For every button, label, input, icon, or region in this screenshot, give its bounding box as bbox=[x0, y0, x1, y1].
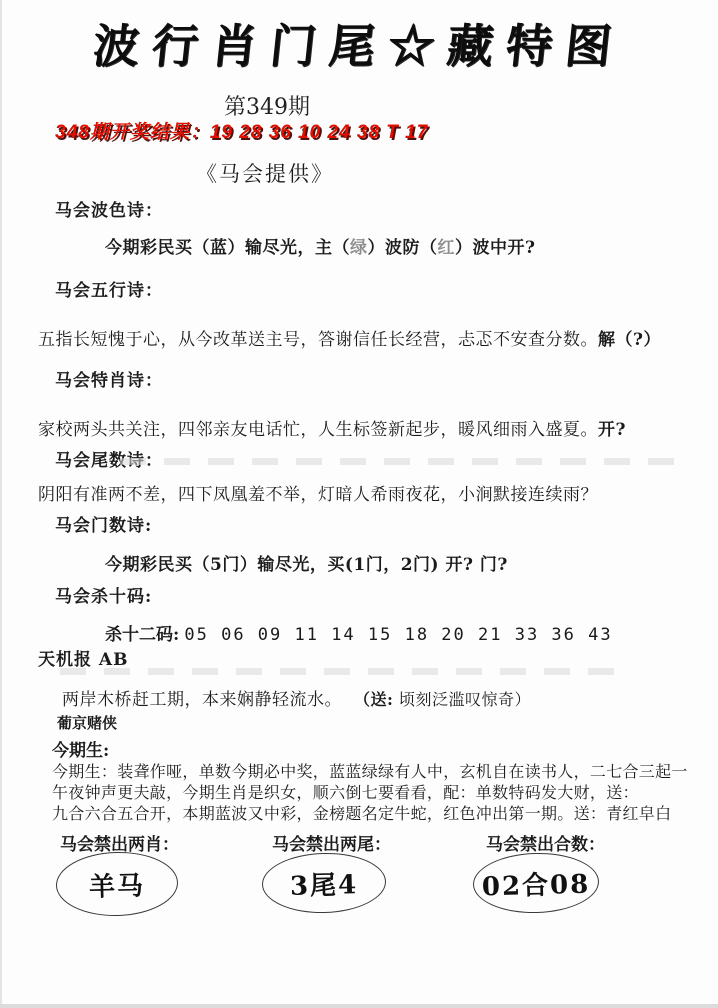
bose-verse-part3: ）波中开? bbox=[455, 238, 535, 258]
tianji-gift-label: （送: bbox=[362, 690, 393, 709]
section-label-menshu: 马会门数诗: bbox=[55, 511, 152, 536]
bose-verse-part2: ）波防（ bbox=[368, 238, 438, 258]
scan-bottom-edge bbox=[0, 1004, 718, 1008]
ban-two-zodiac-oval: 羊马 bbox=[55, 850, 179, 917]
bose-verse: 今期彩民买（蓝）输尽光，主（绿）波防（红）波中开? bbox=[105, 233, 535, 258]
scan-artifact bbox=[60, 668, 620, 675]
weishu-verse: 阴阳有准两不差，四下凤凰羞不举，灯暗人希雨夜花，小涧默接连续雨？ bbox=[38, 480, 598, 505]
tianji-gift: （送: 顷刻泛滥叹惊奇） bbox=[362, 690, 531, 709]
ban-sum-label: 马会禁出合数： bbox=[486, 830, 605, 855]
wuxing-verse-text: 五指长短愧于心，从今改革送主号，答谢信任长经营，忐忑不安查分数。 bbox=[38, 330, 598, 350]
kill-twelve-numbers: 05 06 09 11 14 15 18 20 21 33 36 43 bbox=[184, 625, 612, 645]
ban-sum-oval: 02合08 bbox=[472, 851, 600, 914]
ban-two-zodiac-value: 羊马 bbox=[89, 865, 146, 903]
bose-verse-part1: 今期彩民买（蓝）输尽光，主（ bbox=[105, 238, 350, 258]
wuxing-verse: 五指长短愧于心，从今改革送主号，答谢信任长经营，忐忑不安查分数。解（?） bbox=[38, 325, 661, 350]
jinqisheng-line2: 午夜钟声更夫敲，今期生肖是织女，顺六倒七要看看，配：单数特码发大财，送： bbox=[52, 780, 639, 803]
tianji-verse-text: 两岸木桥赶工期，本来娴静轻流水。 bbox=[62, 690, 342, 710]
bose-green-char: 绿 bbox=[350, 238, 368, 258]
jinqisheng-line3: 九合六合五合开，本期蓝波又中彩，金榜题名定牛蛇，红色冲出第一期。送：青红皁白 bbox=[52, 801, 671, 824]
kill-twelve-row: 杀十二码: 05 06 09 11 14 15 18 20 21 33 36 4… bbox=[105, 620, 613, 645]
ban-two-tail-label: 马会禁出两尾： bbox=[272, 830, 391, 855]
scan-edge-line bbox=[0, 0, 2, 1008]
kill-twelve-label: 杀十二码: bbox=[105, 625, 179, 645]
section-label-texiao: 马会特肖诗： bbox=[55, 366, 163, 391]
menshu-verse: 今期彩民买（5门）输尽光，买(1门，2门) 开? 门? bbox=[105, 550, 508, 575]
page-title: 波行肖门尾☆藏特图 bbox=[0, 10, 718, 76]
tianji-gift-text: 顷刻泛滥叹惊奇） bbox=[393, 690, 531, 709]
section-label-tianji: 天机报 AB bbox=[38, 645, 128, 670]
ban-sum-value: 02合08 bbox=[481, 863, 590, 903]
tianji-verse: 两岸木桥赶工期，本来娴静轻流水。（送: 顷刻泛滥叹惊奇） bbox=[62, 685, 531, 710]
scan-artifact bbox=[120, 458, 675, 465]
ban-two-tail-value: 3尾4 bbox=[289, 864, 358, 903]
section-label-pujing: 葡京赌侠 bbox=[57, 712, 117, 733]
texiao-verse: 家校两头共关注，四邻亲友电话忙，人生标签新起步，暖风细雨入盛夏。开? bbox=[38, 415, 626, 440]
bose-red-char: 红 bbox=[438, 238, 456, 258]
wuxing-verse-tail: 解（?） bbox=[598, 330, 661, 350]
provider-heading: 《马会提供》 bbox=[196, 158, 334, 188]
ban-two-tail-oval: 3尾4 bbox=[261, 851, 387, 914]
jinqisheng-line1: 今期生：装聋作哑，单数今期必中奖，蓝蓝绿绿有人中，玄机自在读书人，二七合三起一 bbox=[52, 759, 688, 782]
texiao-verse-text: 家校两头共关注，四邻亲友电话忙，人生标签新起步，暖风细雨入盛夏。 bbox=[38, 420, 598, 440]
texiao-verse-tail: 开? bbox=[598, 420, 626, 440]
last-draw-result: 348期开奖结果：19 28 36 10 24 38 T 17 bbox=[55, 117, 428, 144]
section-label-wuxing: 马会五行诗： bbox=[55, 276, 163, 301]
scanned-lottery-sheet: 波行肖门尾☆藏特图 第349期 348期开奖结果：19 28 36 10 24 … bbox=[0, 0, 718, 1008]
section-label-shashima: 马会杀十码: bbox=[55, 582, 152, 607]
jinqisheng-heading: 今期生: bbox=[52, 736, 109, 761]
section-label-bose: 马会波色诗： bbox=[55, 196, 163, 221]
